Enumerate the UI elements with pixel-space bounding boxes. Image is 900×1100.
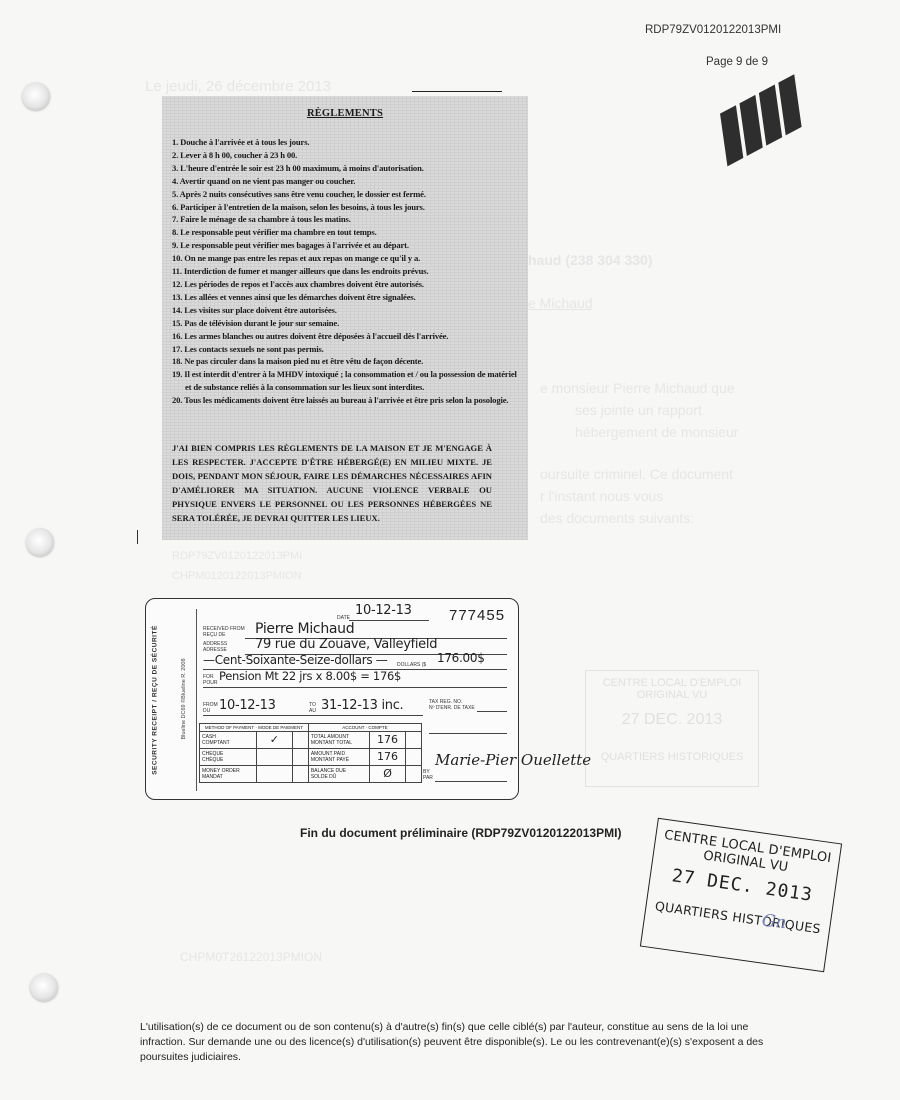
rule-item: 8. Le responsable peut vérifier ma chamb… [172, 226, 520, 239]
blank-cell [405, 749, 421, 766]
ghost-text: haud (238 304 330) [528, 252, 653, 268]
rule-item: 3. L'heure d'entrée le soir est 23 h 00 … [172, 162, 520, 175]
ghost-stamp-date: 27 DEC. 2013 [586, 711, 758, 729]
rule-item: 6. Participer à l'entretien de la maison… [172, 201, 520, 214]
method-check [257, 766, 293, 783]
ghost-text: CHPM0120122013PMION [172, 570, 302, 582]
account-value: 176 [370, 732, 406, 749]
rule-item: 2. Lever à 8 h 00, coucher à 23 h 00. [172, 149, 520, 162]
amount-in-words: —Cent-Soixante-Seize-dollars — [203, 653, 388, 667]
method-label: CASH COMPTANT [200, 732, 257, 749]
method-check [257, 749, 293, 766]
legal-footer: L'utilisation(s) de ce document ou de so… [140, 1020, 780, 1065]
account-value: 176 [370, 749, 406, 766]
underline [429, 733, 507, 734]
dollars-label: DOLLARS ($ [397, 662, 426, 668]
from-value: 10-12-13 [219, 698, 276, 713]
address-label: ADDRESS ADRESSE [203, 641, 227, 653]
receipt-date: 10-12-13 [355, 603, 412, 618]
ghost-stamp-line: QUARTIERS HISTORIQUES [586, 751, 758, 763]
table-row: CHEQUE CHÈQUE AMOUNT PAID MONTANT PAYÉ 1… [200, 749, 422, 766]
for-value: Pension Mt 22 jrs x 8.00$ = 176$ [219, 669, 401, 683]
receipt-body: Blueline DC69 ©Blueline R. 2008 DATE 10-… [196, 609, 508, 791]
method-header: METHOD OF PAYMENT · MODE DE PAIEMENT [200, 724, 309, 732]
ghost-text: des documents suivants: [540, 510, 694, 526]
ghost-text: oursuite criminel. Ce document [540, 466, 733, 482]
address-value: 79 rue du Zouave, Valleyfield [255, 637, 437, 652]
rules-list: 1. Douche à l'arrivée et à tous les jour… [172, 136, 520, 407]
blank-cell [405, 732, 421, 749]
rule-item: 16. Les armes blanches ou autres doivent… [172, 330, 520, 343]
rule-item: 17. Les contacts sexuels ne sont pas per… [172, 343, 520, 356]
method-label: CHEQUE CHÈQUE [200, 749, 257, 766]
signature: Marie-Pier Ouellette [435, 751, 591, 769]
rule-item: 13. Les allées et vennes ainsi que les d… [172, 291, 520, 304]
rule-item: 5. Après 2 nuits consécutives sans être … [172, 188, 520, 201]
margin-mark [137, 530, 138, 544]
account-label: BALANCE DUE SOLDE DÛ [308, 766, 369, 783]
rules-title: RÈGLEMENTS [162, 108, 528, 119]
rule-item: 19. Il est interdit d'entrer à la MHDV i… [172, 368, 520, 394]
to-label: TO AU [309, 702, 316, 714]
rule-item: 11. Interdiction de fumer et manger aill… [172, 265, 520, 278]
ghost-text: e Michaud [528, 295, 593, 311]
punch-hole [22, 82, 50, 110]
ghost-text: ses jointe un rapport [575, 402, 702, 418]
ghost-text: e monsieur Pierre Michaud que [540, 380, 735, 396]
blank-cell [292, 749, 308, 766]
from-label: FROM DU [203, 702, 218, 714]
rules-sheet: RÈGLEMENTS 1. Douche à l'arrivée et à to… [162, 96, 528, 540]
ghost-date: Le jeudi, 26 décembre 2013 [145, 78, 331, 95]
underline [349, 620, 429, 621]
account-header: ACCOUNT · COMPTE [308, 724, 421, 732]
table-row: MONEY ORDER MANDAT BALANCE DUE SOLDE DÛ … [200, 766, 422, 783]
ghost-stamp-line: CENTRE LOCAL D'EMPLOI [586, 677, 758, 689]
receipt-number: 777455 [449, 607, 505, 624]
document-code: RDP79ZV0120122013PMI [645, 24, 781, 36]
ghost-text: r l'instant nous vous [540, 488, 663, 504]
punch-hole [30, 973, 58, 1001]
ghost-text: RDP79ZV0120122013PMI [172, 550, 302, 562]
blank-cell [292, 732, 308, 749]
redaction-stripes-mark [712, 66, 842, 179]
page-number: Page 9 de 9 [706, 56, 768, 68]
rule-item: 1. Douche à l'arrivée et à tous les jour… [172, 136, 520, 149]
rule-item: 7. Faire le ménage de sa chambre à tous … [172, 213, 520, 226]
received-from-value: Pierre Michaud [255, 621, 354, 637]
table-row: CASH COMPTANT ✓ TOTAL AMOUNT MONTANT TOT… [200, 732, 422, 749]
rule-item: 14. Les visites sur place doivent être a… [172, 304, 520, 317]
rule-item: 15. Pas de télévision durant le jour sur… [172, 317, 520, 330]
blank-cell [405, 766, 421, 783]
punch-hole [26, 528, 54, 556]
stamp-initials: Gn [761, 911, 787, 933]
ghost-stamp: CENTRE LOCAL D'EMPLOI ORIGINAL VU 27 DEC… [585, 670, 759, 787]
underline [203, 687, 507, 688]
rule-item: 12. Les périodes de repos et l'accès aux… [172, 278, 520, 291]
blank-cell [292, 766, 308, 783]
account-label: AMOUNT PAID MONTANT PAYÉ [308, 749, 369, 766]
method-label: MONEY ORDER MANDAT [200, 766, 257, 783]
rules-acknowledgement: J'AI BIEN COMPRIS LES RÈGLEMENTS DE LA M… [172, 441, 492, 525]
security-receipt: SECURITY RECEIPT / REÇU DE SÉCURITÉ Blue… [145, 598, 519, 800]
to-value: 31-12-13 inc. [321, 698, 403, 713]
account-label: TOTAL AMOUNT MONTANT TOTAL [308, 732, 369, 749]
original-seen-stamp: CENTRE LOCAL D'EMPLOI ORIGINAL VU 27 DEC… [640, 818, 842, 973]
receipt-brand-label: Blueline DC69 ©Blueline R. 2008 [175, 609, 193, 789]
end-of-document-note: Fin du document préliminaire (RDP79ZV012… [300, 826, 621, 840]
receipt-side-label: SECURITY RECEIPT / REÇU DE SÉCURITÉ [144, 607, 166, 793]
ghost-stamp-line: ORIGINAL VU [586, 689, 758, 701]
underline [435, 781, 507, 782]
received-from-label: RECEIVED FROM REÇU DE [203, 626, 245, 638]
payment-table: METHOD OF PAYMENT · MODE DE PAIEMENT ACC… [199, 723, 422, 783]
rule-item: 20. Tous les médicaments doivent être la… [172, 394, 520, 407]
ghost-text: hébergement de monsieur [575, 424, 738, 440]
by-label: BY PAR [423, 769, 433, 781]
underline [203, 715, 423, 716]
tax-reg-label: TAX REG. NO. Nº D'ENR. DE TAXE [429, 699, 475, 711]
rule-item: 9. Le responsable peut vérifier mes baga… [172, 239, 520, 252]
divider [412, 91, 502, 92]
underline [477, 711, 507, 712]
ghost-text: CHPM0T26122013PMION [180, 950, 322, 964]
rule-item: 10. On ne mange pas entre les repas et a… [172, 252, 520, 265]
rule-item: 18. Ne pas circuler dans la maison pied … [172, 355, 520, 368]
method-check: ✓ [257, 732, 293, 749]
account-value: Ø [370, 766, 406, 783]
for-label: FOR POUR [203, 674, 217, 686]
rule-item: 4. Avertir quand on ne vient pas manger … [172, 175, 520, 188]
amount-value: 176.00$ [437, 651, 485, 665]
